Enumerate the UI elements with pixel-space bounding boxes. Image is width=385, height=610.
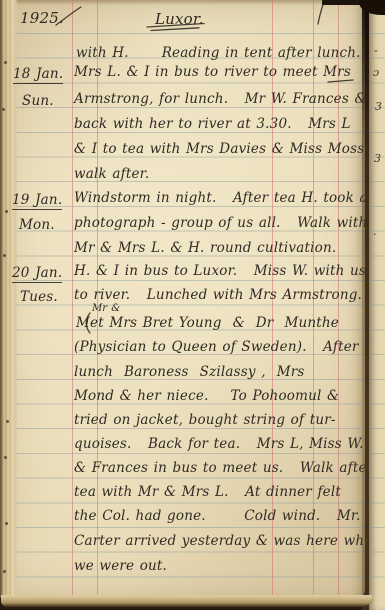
journal-line: back with her to river at 3.30. Mrs L	[74, 116, 351, 132]
binding-edge	[0, 0, 18, 598]
ink-speck	[4, 61, 7, 64]
page-top-edge	[0, 0, 365, 5]
insertion-note: Mr &	[92, 303, 120, 314]
ink-speck	[2, 108, 5, 111]
ink-speck	[3, 570, 6, 573]
header-year: 1925.	[20, 9, 64, 27]
ruled-lines	[369, 33, 385, 598]
journal-line: the Col. had gone. Cold wind. Mr.	[74, 508, 361, 524]
journal-line: H. & I in bus to Luxor. Miss W. with us	[74, 263, 366, 279]
margin-date: 19 Jan.	[12, 192, 62, 210]
journal-line: photograph - group of us all. Walk with	[74, 215, 367, 231]
journal-line: Met Mrs Bret Young & Dr Munthe	[76, 315, 339, 331]
journal-line: tea with Mr & Mrs L. At dinner felt	[74, 484, 341, 500]
ink-speck	[5, 522, 8, 525]
journal-line: Mrs L. & I in bus to river to meet Mrs	[74, 64, 351, 80]
margin-day: Tues.	[20, 289, 58, 305]
journal-line: quoises. Back for tea. Mrs L, Miss W.	[74, 436, 364, 452]
edge-fragment: 3	[374, 152, 381, 165]
edge-fragment: ɔ	[373, 66, 379, 79]
ink-speck	[4, 456, 7, 459]
margin-date: 20 Jan.	[12, 265, 62, 283]
journal-line: we were out.	[74, 558, 167, 574]
journal-line: with H. Reading in tent after lunch.	[76, 45, 361, 61]
edge-fragment: ·	[373, 228, 377, 241]
journal-line: tried on jacket, bought string of tur-	[74, 412, 336, 428]
journal-line: walk after.	[74, 166, 149, 182]
journal-line: lunch Baroness Szilassy , Mrs	[74, 364, 305, 380]
margin-date: 18 Jan.	[13, 66, 63, 84]
header-place: Luxor.	[155, 10, 204, 28]
ink-speck	[6, 420, 9, 423]
journal-line: Carter arrived yesterday & was here whil…	[74, 533, 381, 549]
margin-day: Sun.	[22, 93, 54, 109]
journal-line: Armstrong, for lunch. Mr W. Frances & I	[74, 91, 378, 107]
journal-line: to river. Lunched with Mrs Armstrong.	[74, 287, 362, 303]
journal-line: Mond & her niece. To Pohoomul &	[74, 388, 339, 404]
bottom-page-edges	[1, 595, 372, 607]
journal-line: Mr & Mrs L. & H. round cultivation.	[74, 240, 336, 256]
margin-day: Mon.	[19, 217, 55, 233]
facing-page-sliver	[369, 0, 385, 610]
journal-line: Windstorm in night. After tea H. took a	[74, 190, 368, 206]
journal-line: & I to tea with Mrs Davies & Miss Moss, …	[74, 141, 385, 157]
ink-speck	[5, 210, 8, 213]
edge-fragment: -	[374, 44, 378, 57]
journal-line: (Physician to Queen of Sweden). After	[74, 339, 359, 355]
diary-photo: 1925. Luxor. 18 Jan. Sun. 19 Jan. Mon. 2…	[0, 0, 385, 610]
ink-speck	[3, 254, 6, 257]
journal-line: & Frances in bus to meet us. Walk after	[74, 460, 373, 476]
edge-fragment: 3	[375, 100, 382, 113]
